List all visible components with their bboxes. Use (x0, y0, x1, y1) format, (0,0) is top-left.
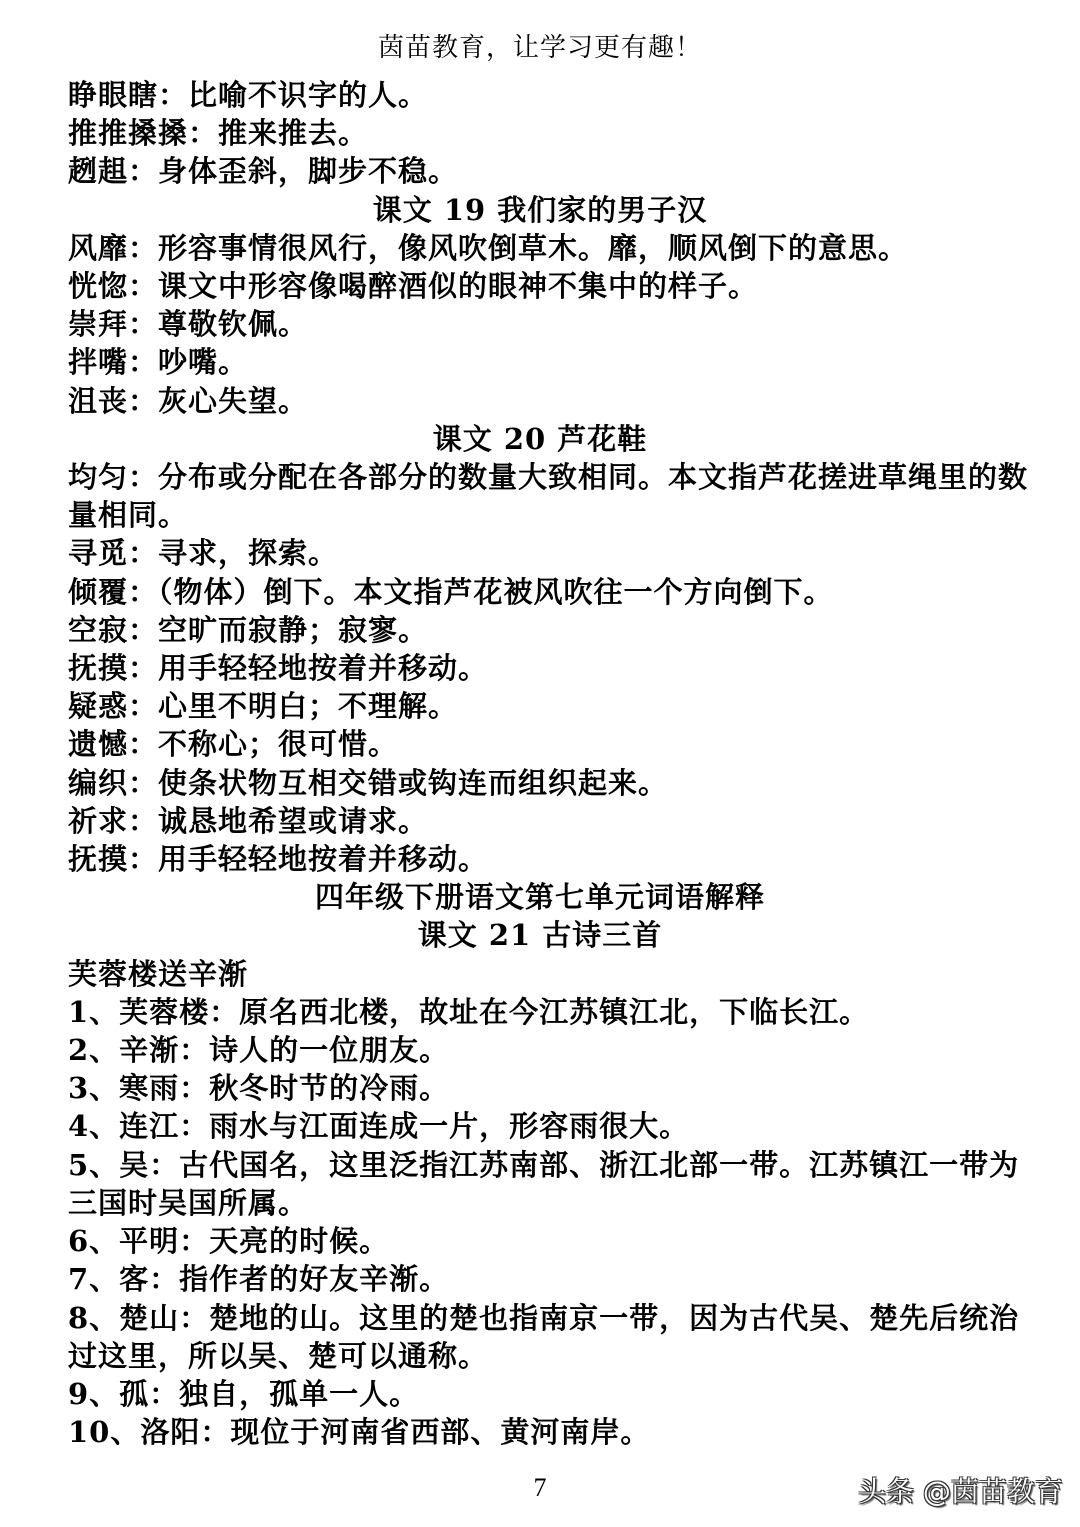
document-body: 睁眼瞎：比喻不识字的人。 推推搡搡：推来推去。 趔趄：身体歪斜，脚步不稳。 课文… (68, 76, 1028, 1451)
watermark: 头条 @茵苗教育 (858, 1474, 1063, 1510)
definition-line: 崇拜：尊敬钦佩。 (68, 305, 1028, 343)
definition-line: 沮丧：灰心失望。 (68, 382, 1028, 420)
definition-line: 寻觅：寻求，探索。 (68, 534, 1028, 572)
numbered-definition: 10、洛阳：现位于河南省西部、黄河南岸。 (68, 1413, 1028, 1451)
numbered-definition: 3、寒雨：秋冬时节的冷雨。 (68, 1069, 1028, 1107)
numbered-definition: 6、平明：天亮的时候。 (68, 1222, 1028, 1260)
definition-line: 趔趄：身体歪斜，脚步不稳。 (68, 152, 1028, 190)
definition-line: 睁眼瞎：比喻不识字的人。 (68, 76, 1028, 114)
page-header-title: 茵苗教育，让学习更有趣！ (0, 30, 1080, 66)
definition-line: 风靡：形容事情很风行，像风吹倒草木。靡，顺风倒下的意思。 (68, 229, 1028, 267)
definition-line: 拌嘴：吵嘴。 (68, 343, 1028, 381)
definition-line: 祈求：诚恳地希望或请求。 (68, 802, 1028, 840)
section-heading-lesson-19: 课文 19 我们家的男子汉 (0, 191, 1080, 229)
definition-line: 推推搡搡：推来推去。 (68, 114, 1028, 152)
numbered-definition: 4、连江：雨水与江面连成一片，形容雨很大。 (68, 1107, 1028, 1145)
definition-line: 空寂：空旷而寂静；寂寥。 (68, 611, 1028, 649)
definition-line: 抚摸：用手轻轻地按着并移动。 (68, 840, 1028, 878)
definition-line: 倾覆：（物体）倒下。本文指芦花被风吹往一个方向倒下。 (68, 573, 1028, 611)
numbered-definition: 9、孤：独自，孤单一人。 (68, 1375, 1028, 1413)
definition-line: 抚摸：用手轻轻地按着并移动。 (68, 649, 1028, 687)
section-heading-lesson-21: 课文 21 古诗三首 (0, 916, 1080, 954)
definition-line: 疑惑：心里不明白；不理解。 (68, 687, 1028, 725)
definition-line: 遗憾：不称心；很可惜。 (68, 725, 1028, 763)
numbered-definition: 2、辛渐：诗人的一位朋友。 (68, 1031, 1028, 1069)
definition-line: 均匀：分布或分配在各部分的数量大致相同。本文指芦花搓进草绳里的数量相同。 (68, 458, 1028, 534)
unit-heading: 四年级下册语文第七单元词语解释 (0, 878, 1080, 916)
section-heading-lesson-20: 课文 20 芦花鞋 (0, 420, 1080, 458)
poem-title: 芙蓉楼送辛渐 (68, 955, 1028, 993)
numbered-definition: 1、芙蓉楼：原名西北楼，故址在今江苏镇江北，下临长江。 (68, 993, 1028, 1031)
numbered-definition: 8、楚山：楚地的山。这里的楚也指南京一带，因为古代吴、楚先后统治过这里，所以吴、… (68, 1299, 1028, 1375)
numbered-definition: 7、客：指作者的好友辛渐。 (68, 1260, 1028, 1298)
definition-line: 编织：使条状物互相交错或钩连而组织起来。 (68, 764, 1028, 802)
definition-line: 恍惚：课文中形容像喝醉酒似的眼神不集中的样子。 (68, 267, 1028, 305)
numbered-definition: 5、吴：古代国名，这里泛指江苏南部、浙江北部一带。江苏镇江一带为三国时吴国所属。 (68, 1146, 1028, 1222)
